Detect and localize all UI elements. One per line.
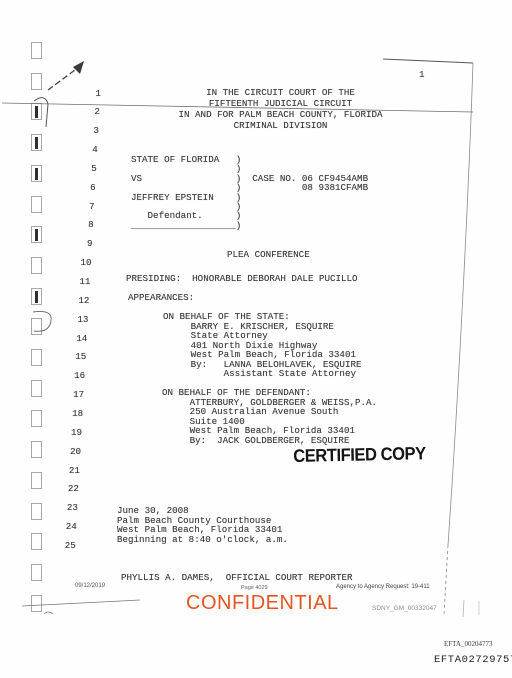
- binding-hole: [31, 165, 42, 182]
- transcript-line-number: 1: [85, 89, 101, 99]
- transcript-line-number: 16: [69, 371, 85, 381]
- binding-hole-shadow: [35, 229, 38, 241]
- binding-hole: [31, 503, 42, 520]
- binding-hole: [31, 103, 42, 120]
- appearances-heading: APPEARANCES:: [128, 293, 194, 303]
- transcript-line-number: 23: [62, 503, 78, 513]
- transcript-line-number: 2: [84, 107, 100, 117]
- binding-hole: [31, 318, 42, 335]
- transcript-line-number: 21: [64, 466, 80, 476]
- binding-hole: [31, 196, 42, 213]
- binding-hole: [31, 134, 42, 151]
- efta-bates-number-small: EFTA_00204773: [444, 640, 492, 648]
- court-reporter-line: PHYLLIS A. DAMES, OFFICIAL COURT REPORTE…: [121, 573, 353, 583]
- efta-bates-number-large: EFTA02729757: [434, 654, 512, 666]
- case-caption: STATE OF FLORIDA ) ) VS ) CASE NO. 06 CF…: [131, 155, 368, 230]
- pdf-page-label: Page 4029: [241, 585, 268, 591]
- sdny-bates-number: SDNY_GM_00332047: [372, 605, 437, 612]
- binding-hole: [31, 595, 42, 612]
- transcript-line-number: 19: [66, 428, 82, 438]
- transcript-line-number: 9: [77, 239, 93, 249]
- transcript-page-number: 1: [419, 70, 425, 80]
- transcript-line-number: 13: [72, 315, 88, 325]
- binding-hole-shadow: [35, 137, 38, 149]
- presiding-judge-line: PRESIDING: HONORABLE DEBORAH DALE PUCILL…: [126, 274, 358, 284]
- binding-hole: [31, 257, 42, 274]
- binding-hole-shadow: [35, 291, 38, 303]
- binding-hole: [31, 380, 42, 397]
- court-header: IN THE CIRCUIT COURT OF THE FIFTEENTH JU…: [153, 87, 408, 131]
- defense-appearance-block: ON BEHALF OF THE DEFENDANT: ATTERBURY, G…: [162, 388, 377, 445]
- binding-hole: [31, 533, 42, 550]
- transcript-line-number: 14: [71, 334, 87, 344]
- confidential-stamp: CONFIDENTIAL: [186, 592, 339, 615]
- transcript-line-number: 8: [78, 220, 94, 230]
- binding-hole: [31, 472, 42, 489]
- binding-hole-shadow: [35, 106, 38, 118]
- binding-hole: [31, 441, 42, 458]
- state-appearance-block: ON BEHALF OF THE STATE: BARRY E. KRISCHE…: [163, 312, 361, 379]
- transcript-line-number: 18: [67, 409, 83, 419]
- binding-hole: [31, 288, 42, 305]
- binding-hole-shadow: [35, 168, 38, 180]
- transcript-line-number: 20: [65, 447, 81, 457]
- transcript-line-number: 15: [70, 352, 86, 362]
- scanned-court-document-page: 1 IN THE CIRCUIT COURT OF THE FIFTEENTH …: [0, 0, 512, 678]
- certified-copy-stamp: CERTIFIED COPY: [293, 443, 426, 467]
- binding-hole: [31, 410, 42, 427]
- document-title: PLEA CONFERENCE: [227, 250, 310, 260]
- transcript-line-number: 5: [81, 164, 97, 174]
- transcript-line-number: 7: [79, 202, 95, 212]
- binding-hole: [31, 73, 42, 90]
- binding-hole: [31, 349, 42, 366]
- transcript-line-number: 4: [82, 145, 98, 155]
- scan-date-stamp: 09/12/2019: [75, 583, 105, 589]
- binding-hole: [31, 226, 42, 243]
- transcript-line-number: 22: [63, 484, 79, 494]
- binding-hole: [31, 42, 42, 59]
- transcript-line-number: 17: [68, 390, 84, 400]
- transcript-line-number: 3: [83, 126, 99, 136]
- transcript-line-number: 10: [76, 258, 92, 268]
- transcript-line-number: 25: [60, 541, 76, 551]
- binding-hole: [31, 564, 42, 581]
- transcript-line-number: 6: [80, 183, 96, 193]
- hearing-date-location-block: June 30, 2008 Palm Beach County Courthou…: [117, 506, 288, 544]
- agency-request-stamp: Agency to Agency Request: 19-411: [336, 584, 430, 590]
- transcript-line-number: 11: [74, 277, 90, 287]
- transcript-line-number: 24: [61, 522, 77, 532]
- transcript-line-number: 12: [73, 296, 89, 306]
